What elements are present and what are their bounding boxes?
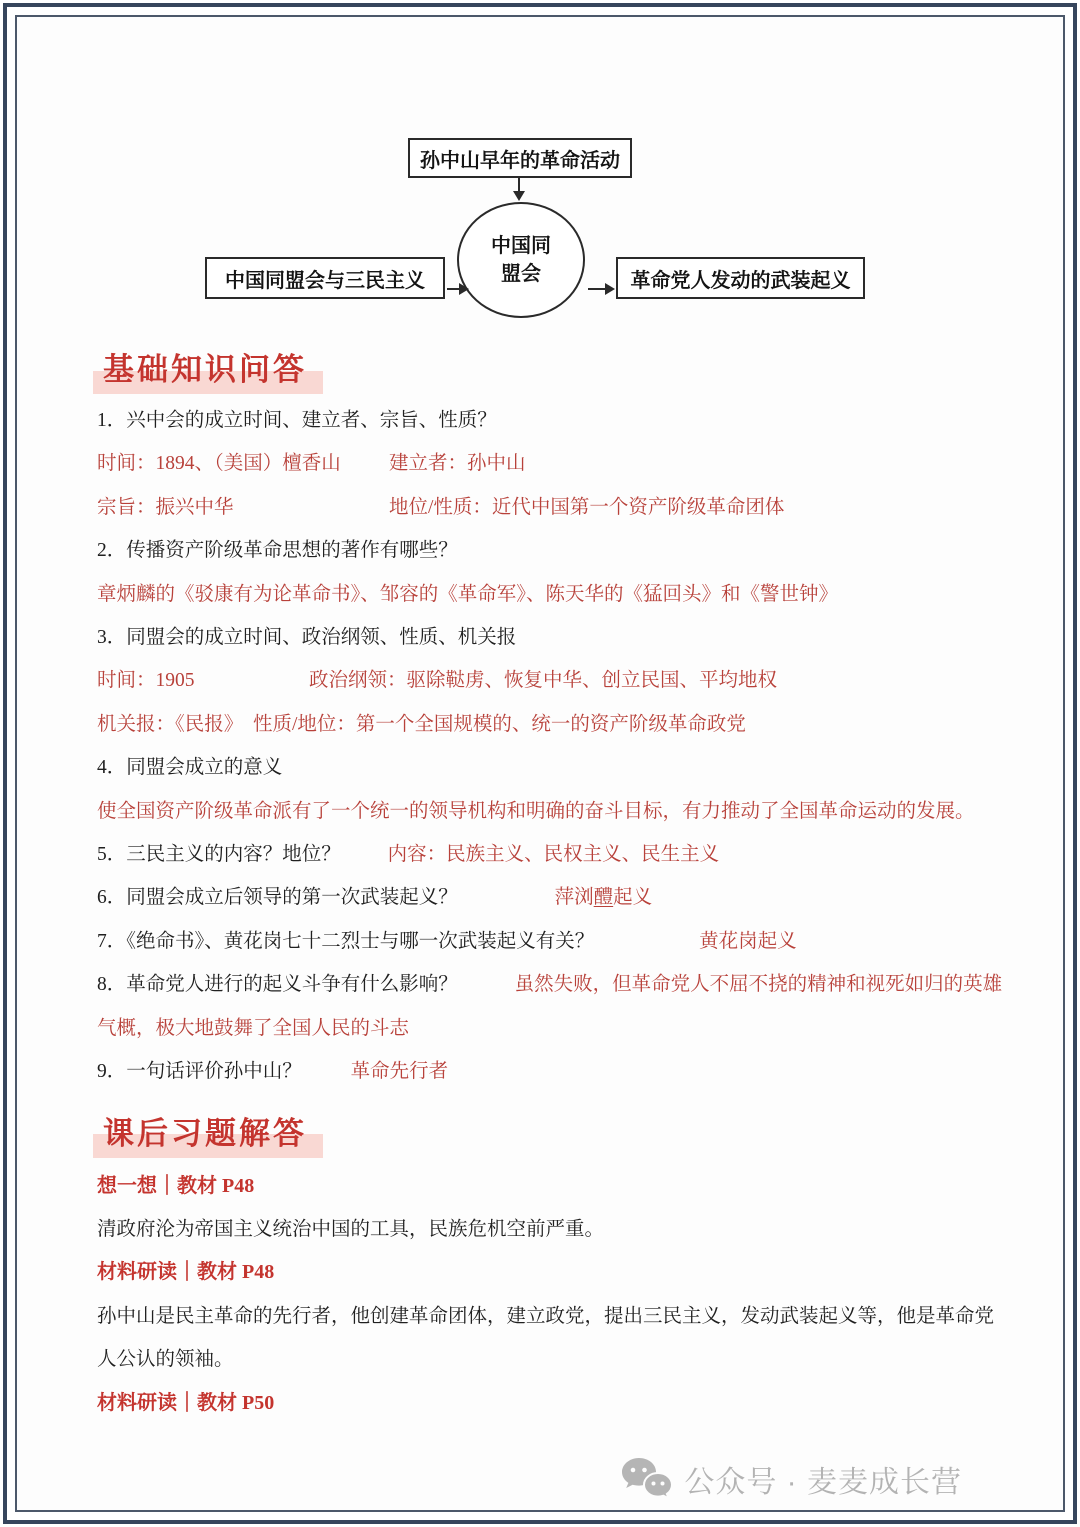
right-arrow-icon [447, 288, 459, 290]
question-9-row: 9．一句话评价孙中山？ 革命先行者 [97, 1050, 990, 1093]
diagram-center-circle: 中国同 盟会 [457, 202, 585, 318]
question-6-row: 6．同盟会成立后领导的第一次武装起义？ 萍浏醴起义 [97, 876, 990, 919]
think-answer: 清政府沦为帝国主义统治中国的工具，民族危机空前严重。 [97, 1208, 990, 1251]
section2-title: 课后习题解答 [103, 1108, 307, 1153]
answer-text: 政治纲领：驱除鞑虏、恢复中华、创立民国、平均地权 [309, 659, 777, 702]
answer-3-line-2: 机关报：《民报》 性质/地位：第一个全国规模的、统一的资产阶级革命政党 [97, 703, 990, 746]
answer-text: 宗旨：振兴中华 [97, 497, 234, 518]
subheading-material-p50: 材料研读｜教材 P50 [97, 1382, 990, 1425]
concept-diagram: 孙中山早年的革命活动 中国同 盟会 中国同盟会与三民主义 革命党人发动的武装起义 [97, 136, 990, 341]
answer-3-line-1: 时间：1905 政治纲领：驱除鞑虏、恢复中华、创立民国、平均地权 [97, 659, 990, 702]
subheading-material-p48: 材料研读｜教材 P48 [97, 1251, 990, 1294]
question-5-row: 5．三民主义的内容？地位？ 内容：民族主义、民权主义、民生主义 [97, 833, 990, 876]
right-arrow-icon [588, 288, 605, 290]
answer-text: 内容：民族主义、民权主义、民生主义 [388, 844, 720, 865]
section1-title-text: 基础知识问答 [103, 352, 307, 387]
material-p48-answer-line-1: 孙中山是民主革命的先行者，他创建革命团体，建立政党，提出三民主义，发动武装起义等… [97, 1295, 990, 1338]
question-4: 4．同盟会成立的意义 [97, 746, 990, 789]
answer-text: 地位/性质：近代中国第一个资产阶级革命团体 [389, 486, 784, 529]
footer-label: 公众号 · 麦麦成长营 [684, 1457, 962, 1501]
homework-answers: 想一想｜教材 P48 清政府沦为帝国主义统治中国的工具，民族危机空前严重。 材料… [97, 1165, 990, 1425]
answer-text: 革命先行者 [351, 1061, 449, 1082]
answer-text: 虽然失败，但革命党人不屈不挠的精神和视死如归的英雄 [515, 974, 1003, 995]
qa-list: 1．兴中会的成立时间、建立者、宗旨、性质？ 时间：1894、（美国）檀香山 建立… [97, 399, 990, 1094]
answer-text: 时间：1894、（美国）檀香山 [97, 453, 341, 474]
answer-text: 萍浏醴起义 [555, 887, 653, 908]
material-p48-answer-line-2: 人公认的领袖。 [97, 1338, 990, 1381]
question-text: 6．同盟会成立后领导的第一次武装起义？ [97, 887, 458, 908]
diagram-top-box: 孙中山早年的革命活动 [408, 138, 632, 178]
answer-8-continuation: 气概，极大地鼓舞了全国人民的斗志 [97, 1007, 990, 1050]
footer-watermark: 公众号 · 麦麦成长营 [621, 1457, 962, 1501]
answer-1-line-2: 宗旨：振兴中华 地位/性质：近代中国第一个资产阶级革命团体 [97, 486, 990, 529]
question-8-row: 8．革命党人进行的起义斗争有什么影响？ 虽然失败，但革命党人不屈不挠的精神和视死… [97, 963, 990, 1006]
section2-title-text: 课后习题解答 [103, 1116, 307, 1151]
subheading-think: 想一想｜教材 P48 [97, 1165, 990, 1208]
circle-text-line1: 中国同 [491, 232, 551, 260]
diagram-right-box: 革命党人发动的武装起义 [616, 257, 865, 299]
down-arrow-icon [518, 178, 520, 191]
question-2: 2．传播资产阶级革命思想的著作有哪些？ [97, 529, 990, 572]
wechat-icon [621, 1457, 673, 1501]
circle-text-line2: 盟会 [501, 260, 541, 288]
page-content: 孙中山早年的革命活动 中国同 盟会 中国同盟会与三民主义 革命党人发动的武装起义… [97, 136, 990, 1425]
question-3: 3．同盟会的成立时间、政治纲领、性质、机关报 [97, 616, 990, 659]
answer-text: 建立者：孙中山 [389, 442, 526, 485]
question-text: 9．一句话评价孙中山？ [97, 1061, 302, 1082]
question-7-row: 7．《绝命书》、黄花岗七十二烈士与哪一次武装起义有关？ 黄花岗起义 [97, 920, 990, 963]
answer-4: 使全国资产阶级革命派有了一个统一的领导机构和明确的奋斗目标，有力推动了全国革命运… [97, 790, 990, 833]
question-text: 5．三民主义的内容？地位？ [97, 844, 341, 865]
answer-text: 时间：1905 [97, 670, 195, 691]
underlined-char: 醴 [594, 887, 614, 908]
diagram-left-box: 中国同盟会与三民主义 [205, 257, 445, 299]
worksheet-page: { "colors": { "accent_red": "#b8413a", "… [0, 0, 1080, 1527]
answer-text: 黄花岗起义 [699, 931, 797, 952]
question-text: 7．《绝命书》、黄花岗七十二烈士与哪一次武装起义有关？ [97, 931, 594, 952]
question-text: 8．革命党人进行的起义斗争有什么影响？ [97, 974, 458, 995]
section1-header-wrap: 基础知识问答 [103, 344, 990, 389]
answer-1-line-1: 时间：1894、（美国）檀香山 建立者：孙中山 [97, 442, 990, 485]
question-1: 1．兴中会的成立时间、建立者、宗旨、性质？ [97, 399, 990, 442]
section1-title: 基础知识问答 [103, 344, 307, 389]
section2-header-wrap: 课后习题解答 [103, 1108, 990, 1153]
answer-2: 章炳麟的《驳康有为论革命书》、邹容的《革命军》、陈天华的《猛回头》和《警世钟》 [97, 573, 990, 616]
